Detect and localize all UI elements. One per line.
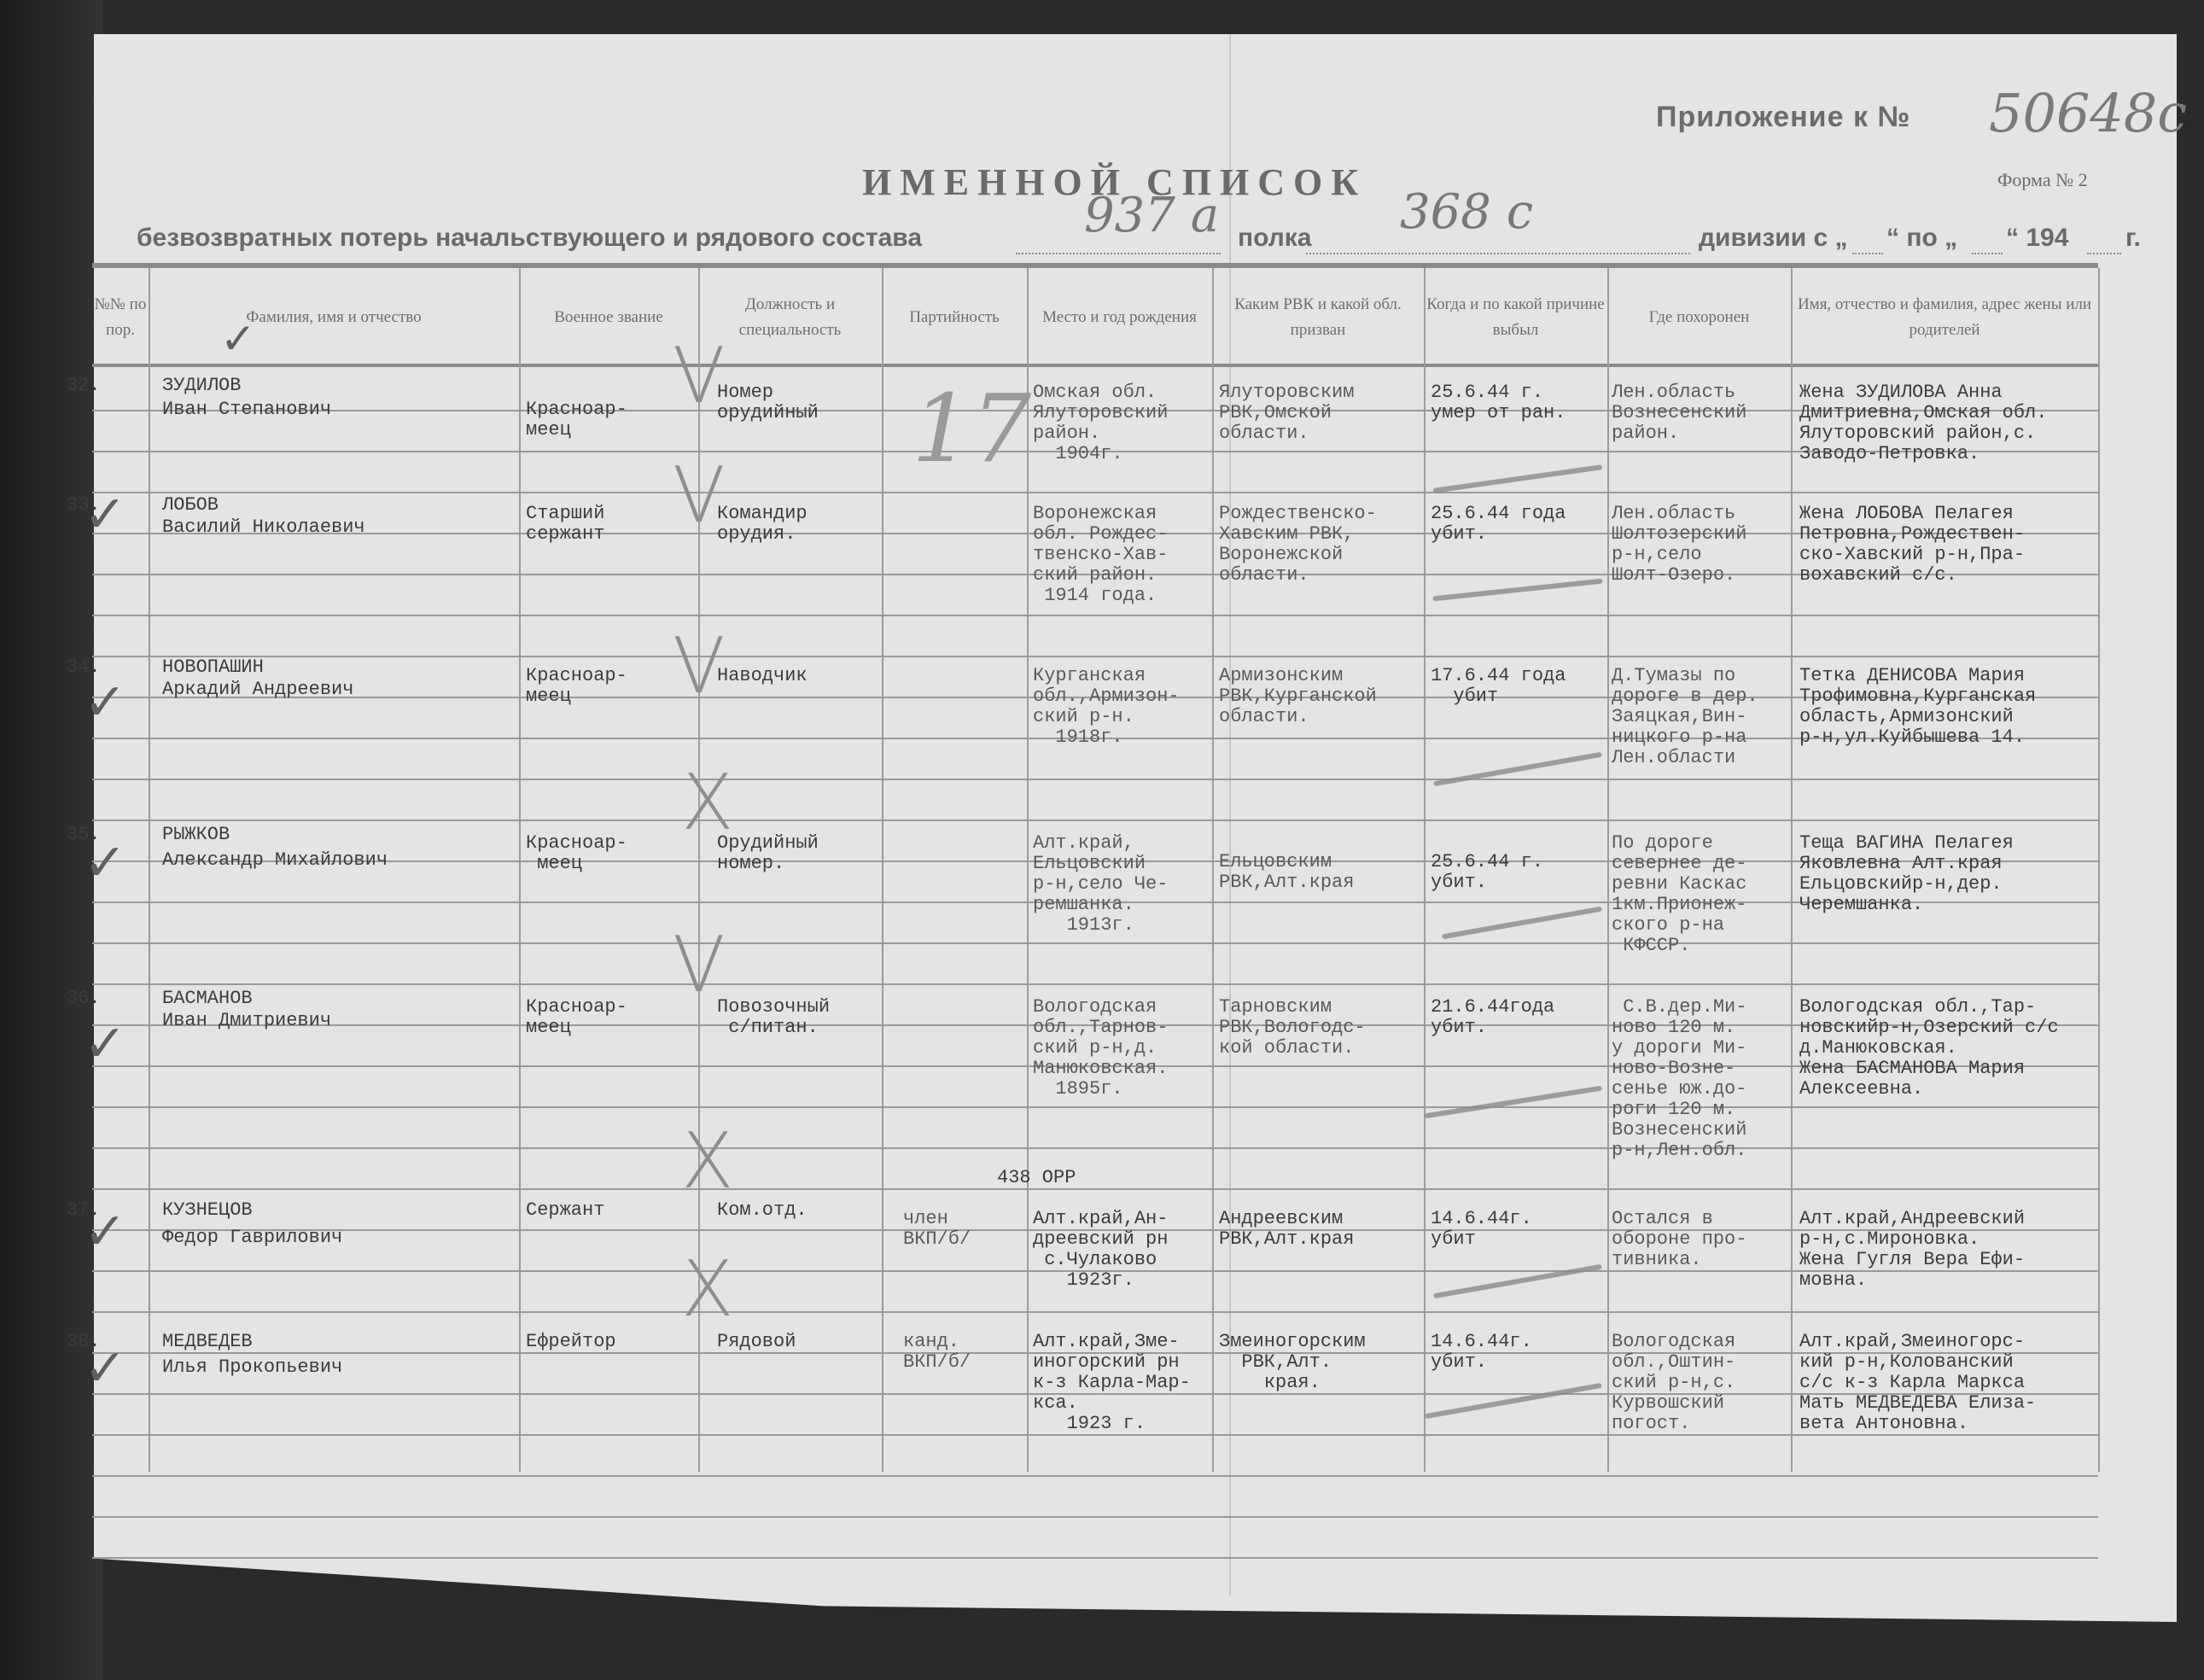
unit-note: 438 ОРР [997,1168,1076,1188]
column-divider [882,268,883,1472]
header-relatives: Имя, отчество и фамилия, адрес жены или … [1791,271,2098,364]
ruled-line [92,1106,2098,1108]
rank: Ефрейтор [526,1332,616,1352]
given-name: Аркадий Андреевич [162,680,353,700]
relatives: Алт.край,Змеиногорс- кий р-н,Колованский… [1799,1332,2036,1434]
ruled-line [92,1147,2098,1149]
header-party: Партийность [882,271,1027,364]
surname: НОВОПАШИН [162,657,264,678]
rank: Красноар- меец [526,666,627,707]
surname: КУЗНЕЦОВ [162,1200,253,1221]
header-rank: Военное звание [519,271,698,364]
column-divider [519,268,521,1472]
annex-label: Приложение к № [1656,101,1910,134]
surname: ЗУДИЛОВ [162,376,241,396]
position: Номер орудийный [717,382,819,423]
surname: БАСМАНОВ [162,989,253,1009]
annex-number: 50648с [1989,82,2187,144]
ruled-line [92,615,2098,616]
given-name: Александр Михайлович [162,850,388,871]
when-why: 14.6.44г. убит. [1431,1332,1532,1373]
relatives: Вологодская обл.,Тар- новскийр-н,Озерски… [1799,997,2059,1100]
position: Командир орудия. [717,504,808,545]
tick-icon: ✓ [84,1014,126,1074]
ruled-line [92,1516,2098,1518]
birth: Алт.край,Ан- дреевский рн с.Чулаково 192… [1033,1209,1168,1291]
surname: РЫЖКОВ [162,825,230,845]
rvk: Армизонским РВК,Курганской области. [1219,666,1377,727]
when-why: 17.6.44 года убит [1431,666,1566,707]
buried: Лен.область Шолтозерский р-н,село Шолт-О… [1612,504,1746,586]
when-why: 25.6.44 г. умер от ран. [1431,382,1566,423]
birth: Алт.край,Зме- иногорский рн к-з Карла-Ма… [1033,1332,1191,1434]
header-buried: Где похоронен [1607,271,1791,364]
column-divider [149,268,150,1472]
pencil-checkmark-icon: V [673,451,726,540]
ruled-line [92,492,2098,493]
header-top-rule [92,263,2098,268]
rank: Красноар- меец [526,833,627,874]
row-number: 32. [67,376,101,396]
relatives: Жена ЗУДИЛОВА Анна Дмитриевна,Омская обл… [1799,382,2047,464]
surname: МЕДВЕДЕВ [162,1332,253,1352]
pencil-checkmark-icon: V [673,331,726,421]
year-blank [2087,253,2121,254]
position: Наводчик [717,666,808,686]
column-divider [1424,268,1426,1472]
rvk: Андреевским РВК,Алт.края [1219,1209,1354,1250]
party: член ВКП/б/ [903,1209,971,1250]
column-divider [1212,268,1214,1472]
pencil-checkmark-icon: V [673,621,726,711]
column-divider [1791,268,1793,1472]
pencil-checkmark-icon: V [673,920,726,1010]
birth: Курганская обл.,Армизон- ский р-н. 1918г… [1033,666,1180,748]
rank: Красноар- меец [526,997,627,1038]
form-number: Форма № 2 [1997,169,2088,191]
header-position: Должность и специальность [698,271,882,364]
regiment-handwritten: 937 а [1084,188,1219,243]
when-why: 14.6.44г. убит [1431,1209,1532,1250]
birth: Воронежская обл. Рождес- твенско-Хав- ск… [1033,504,1168,606]
subtitle-to-label: “ по „ [1886,224,1957,253]
header-number: №№ по пор. [92,271,149,364]
header-rvk: Каким РВК и какой обл. призван [1212,271,1424,364]
subtitle-text: безвозвратных потерь начальствующего и р… [137,224,922,253]
tick-icon: ✓ [84,1339,126,1398]
ruled-line [92,1475,2098,1477]
rvk: Ялуторовским РВК,Омской области. [1219,382,1354,444]
party: канд. ВКП/б/ [903,1332,971,1373]
pencil-cross-icon: X [681,1117,734,1206]
ruled-line [92,1311,2098,1313]
buried: Остался в обороне про- тивника. [1612,1209,1746,1270]
header-birth: Место и год рождения [1027,271,1212,364]
buried: Лен.область Вознесенский район. [1612,382,1746,444]
ruled-line [92,1557,2098,1559]
division-handwritten: 368 с [1400,184,1533,240]
when-why: 25.6.44 года убит. [1431,504,1566,545]
rvk: Ельцовским РВК,Алт.края [1219,852,1354,893]
subtitle-year-suffix: г. [2125,224,2141,253]
ruled-line [92,942,2098,944]
given-name: Иван Степанович [162,400,331,420]
date-from-blank [1852,253,1883,254]
party-handwritten-mark: 17 [912,374,1031,483]
given-name: Иван Дмитриевич [162,1011,331,1031]
rank: Красноар- меец [526,400,627,440]
tick-icon: ✓ [84,833,126,893]
column-divider [2098,268,2100,1472]
rank: Сержант [526,1200,604,1221]
ruled-line [92,656,2098,657]
birth: Алт.край, Ельцовский р-н,село Че- ремшан… [1033,833,1168,936]
tick-icon: ✓ [220,314,256,364]
buried: По дороге севернее де- ревни Каскас 1км.… [1612,833,1746,956]
ruled-line [92,820,2098,821]
given-name: Илья Прокопьевич [162,1357,342,1378]
relatives: Тетка ДЕНИСОВА Мария Трофимовна,Курганск… [1799,666,2036,748]
date-to-blank [1972,253,2003,254]
ruled-line [92,779,2098,780]
column-divider [1607,268,1609,1472]
tick-icon: ✓ [84,1202,126,1262]
header-when-why: Когда и по какой причине выбыл [1424,271,1607,364]
pencil-cross-icon: X [681,758,734,848]
rvk: Змеиногорским РВК,Алт. края. [1219,1332,1366,1393]
birth: Вологодская обл.,Тарнов- ский р-н,д. Ман… [1033,997,1168,1100]
division-blank [1306,253,1690,254]
surname: ЛОБОВ [162,495,219,516]
ruled-line [92,1434,2098,1436]
subtitle-regiment-label: полка [1238,224,1311,253]
birth: Омская обл. Ялуторовский район. 1904г. [1033,382,1168,464]
position: Повозочный с/питан. [717,997,830,1038]
row-number: 36. [67,989,101,1009]
when-why: 25.6.44 г. убит. [1431,852,1543,893]
rvk: Рождественско- Хавским РВК, Воронежской … [1219,504,1377,586]
subtitle-year-label: “ 194 [2006,224,2068,253]
regiment-blank [1016,253,1221,254]
when-why: 21.6.44года убит. [1431,997,1554,1038]
header-full-name: Фамилия, имя и отчество [149,271,519,364]
rank: Старший сержант [526,504,604,545]
tick-icon: ✓ [84,485,126,545]
pencil-cross-icon: X [681,1245,734,1334]
subtitle-division-label: дивизии с „ [1699,224,1848,253]
relatives: Жена ЛОБОВА Пелагея Петровна,Рождествен-… [1799,504,2025,586]
ruled-line [92,1188,2098,1190]
tick-icon: ✓ [84,673,126,732]
buried: С.В.дер.Ми- ново 120 м. у дороги Ми- нов… [1612,997,1746,1161]
relatives: Теща ВАГИНА Пелагея Яковлевна Алт.края Е… [1799,833,2014,915]
buried: Д.Тумазы по дороге в дер. Заяцкая,Вин- н… [1612,666,1758,768]
buried: Вологодская обл.,Оштин- ский р-н,с. Курв… [1612,1332,1735,1434]
given-name: Василий Николаевич [162,517,365,538]
position: Рядовой [717,1332,796,1352]
relatives: Алт.край,Андреевский р-н,с.Мироновка. Же… [1799,1209,2025,1291]
rvk: Тарновским РВК,Вологодс- кой области. [1219,997,1366,1059]
ruled-line [92,983,2098,985]
given-name: Федор Гаврилович [162,1228,342,1248]
header-bottom-rule [92,364,2098,367]
